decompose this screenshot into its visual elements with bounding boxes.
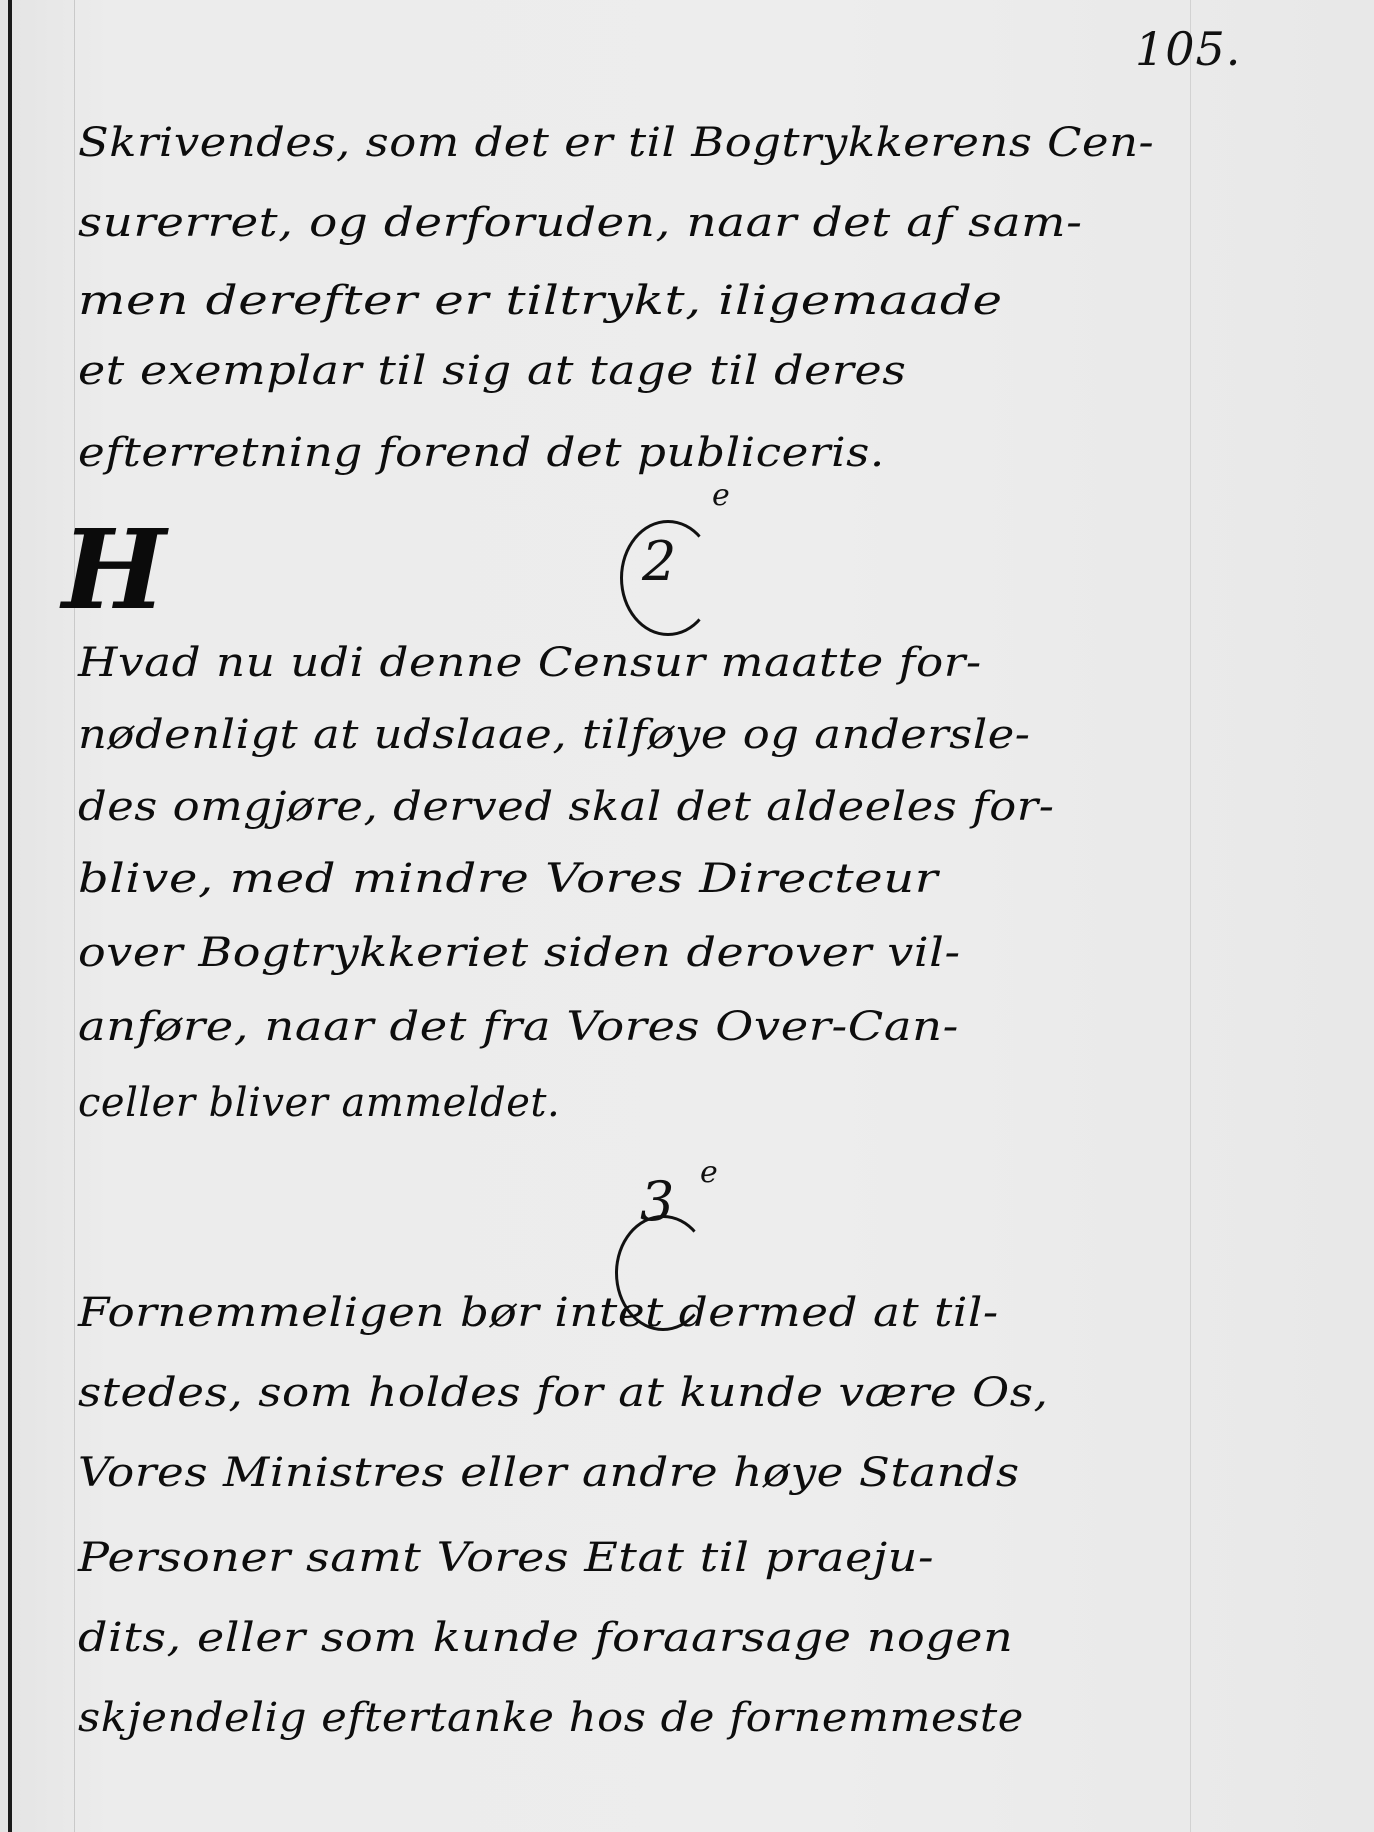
text-line: skjendelig eftertanke hos de fornemmeste xyxy=(78,1695,1024,1741)
text-line: dits, eller som kunde foraarsage nogen xyxy=(78,1615,1013,1661)
text-line: anføre, naar det fra Vores Over-Can- xyxy=(78,1004,959,1050)
text-line: Skrivendes, som det er til Bogtrykkerens… xyxy=(78,120,1154,166)
section-number: 3 xyxy=(640,1170,674,1233)
manuscript-page: 105. Skrivendes, som det er til Bogtrykk… xyxy=(0,0,1374,1832)
text-line: men derefter er tiltrykt, iligemaade xyxy=(78,278,1003,324)
drop-cap: H xyxy=(62,505,166,634)
binding-edge xyxy=(8,0,12,1832)
text-line: nødenligt at udslaae, tilføye og andersl… xyxy=(78,712,1030,758)
text-line: des omgjøre, derved skal det aldeeles fo… xyxy=(78,784,1054,830)
text-line: et exemplar til sig at tage til deres xyxy=(78,348,906,394)
left-margin-rule xyxy=(74,0,75,1832)
section-superscript: e xyxy=(712,478,730,513)
text-line: efterretning forend det publiceris. xyxy=(78,430,885,476)
text-line: Fornemmeligen bør intet dermed at til- xyxy=(78,1290,999,1336)
text-line: Hvad nu udi denne Censur maatte for- xyxy=(78,640,982,686)
text-line: blive, med mindre Vores Directeur xyxy=(78,856,938,902)
text-line: Vores Ministres eller andre høye Stands xyxy=(78,1450,1020,1496)
text-line: stedes, som holdes for at kunde være Os, xyxy=(78,1370,1048,1416)
text-line: Personer samt Vores Etat til praeju- xyxy=(78,1535,934,1581)
text-line: over Bogtrykkeriet siden derover vil- xyxy=(78,930,961,976)
section-number: 2 xyxy=(642,530,676,593)
text-line: celler bliver ammeldet. xyxy=(78,1080,560,1126)
right-margin-rule xyxy=(1190,0,1191,1832)
text-line: surerret, og derforuden, naar det af sam… xyxy=(78,200,1083,246)
page-number: 105. xyxy=(1135,22,1241,76)
section-superscript: e xyxy=(700,1155,718,1190)
